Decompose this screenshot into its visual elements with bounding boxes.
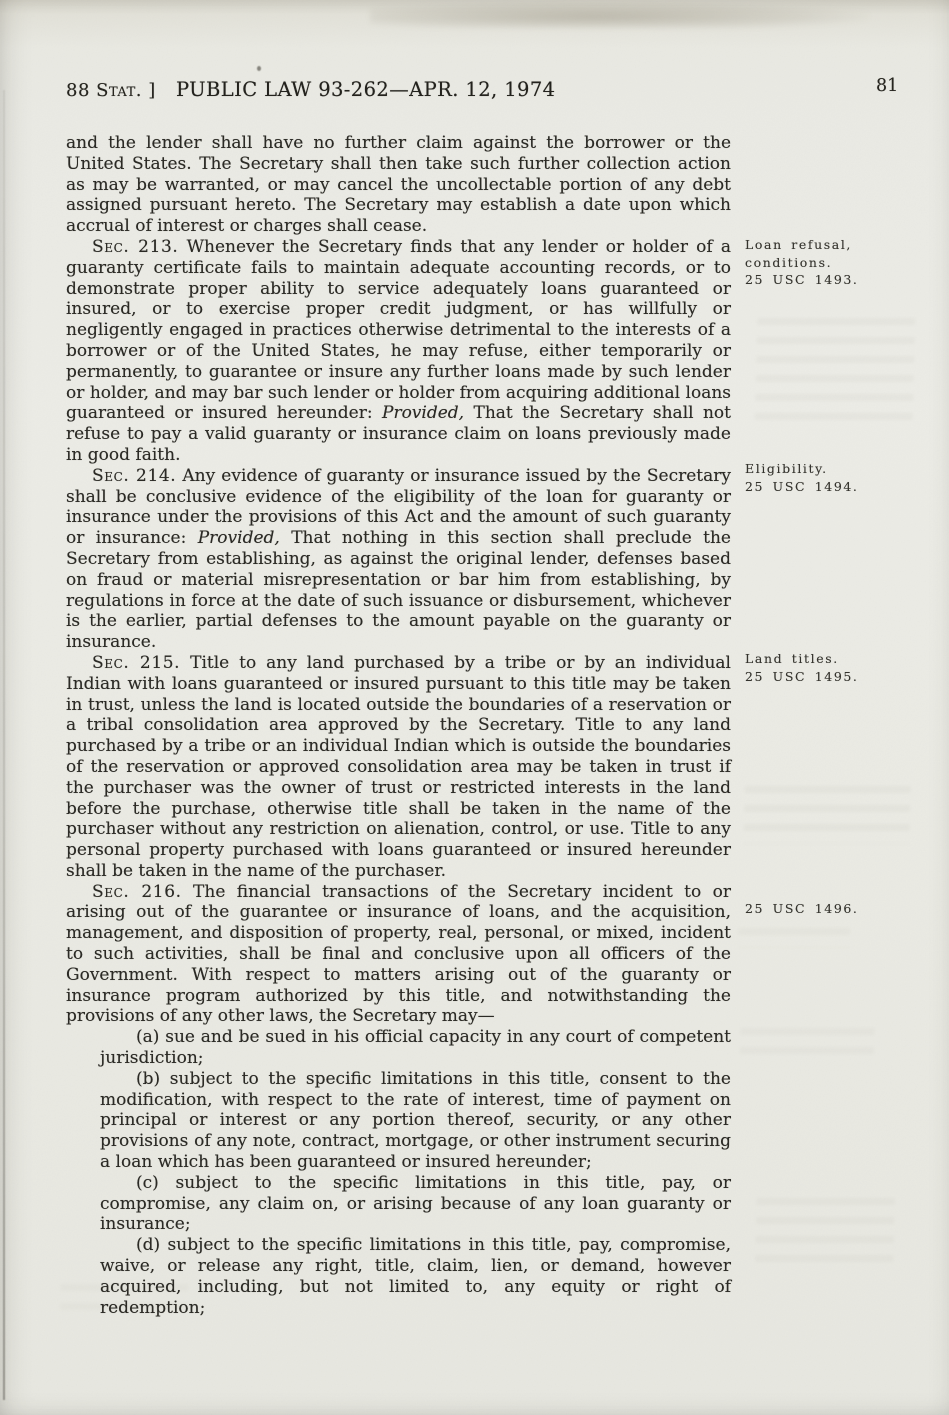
margin-note-loan-refusal: Loan refusal, conditions. 25 USC 1493. xyxy=(745,236,920,289)
margin-note-line: 25 USC 1493. xyxy=(745,271,920,289)
margin-note-land-titles: Land titles. 25 USC 1495. xyxy=(745,650,920,685)
margin-note-line: 25 USC 1494. xyxy=(745,478,920,496)
paragraph-item-b: (b) subject to the specific limitations … xyxy=(100,1069,731,1173)
page-number: 81 xyxy=(876,76,898,96)
margin-note-line: 25 USC 1496. xyxy=(745,900,920,918)
paragraph-item-a: (a) sue and be sued in his official capa… xyxy=(100,1027,731,1069)
margin-note-usc-1496: 25 USC 1496. xyxy=(745,900,920,918)
bleed-through-text xyxy=(738,928,851,948)
bleed-through-text xyxy=(755,1198,895,1262)
ink-speck xyxy=(257,66,261,71)
margin-note-line: 25 USC 1495. xyxy=(745,668,920,686)
margin-note-line: Land titles. xyxy=(745,650,920,668)
paragraph-item-d: (d) subject to the specific limitations … xyxy=(100,1235,731,1318)
margin-note-line: Eligibility. xyxy=(745,460,920,478)
scan-edge-line xyxy=(3,90,5,1400)
bleed-through-text xyxy=(740,1028,875,1062)
paragraph-sec-215: Sec. 215. Title to any land purchased by… xyxy=(66,653,731,882)
paragraph-sec-213: Sec. 213. Whenever the Secretary finds t… xyxy=(66,237,731,466)
paragraph-item-c: (c) subject to the specific limitations … xyxy=(100,1173,731,1235)
margin-note-eligibility: Eligibility. 25 USC 1494. xyxy=(745,460,920,495)
scan-smudge xyxy=(370,2,870,28)
paragraph-sec-214: Sec. 214. Any evidence of guaranty or in… xyxy=(66,466,731,653)
bleed-through-text xyxy=(743,786,911,844)
public-law-title: PUBLIC LAW 93-262—APR. 12, 1974 xyxy=(176,78,555,101)
paragraph-intro-continuation: and the lender shall have no further cla… xyxy=(66,133,731,237)
bleed-through-text xyxy=(755,318,916,422)
margin-note-line: Loan refusal, xyxy=(745,236,920,254)
paragraph-sec-216: Sec. 216. The financial transactions of … xyxy=(66,882,731,1028)
statute-body: and the lender shall have no further cla… xyxy=(66,133,731,1318)
margin-note-line: conditions. xyxy=(745,254,920,272)
scanned-statute-page: 88 Stat. ] PUBLIC LAW 93-262—APR. 12, 19… xyxy=(0,0,949,1415)
statute-volume-label: 88 Stat. ] xyxy=(66,80,156,101)
